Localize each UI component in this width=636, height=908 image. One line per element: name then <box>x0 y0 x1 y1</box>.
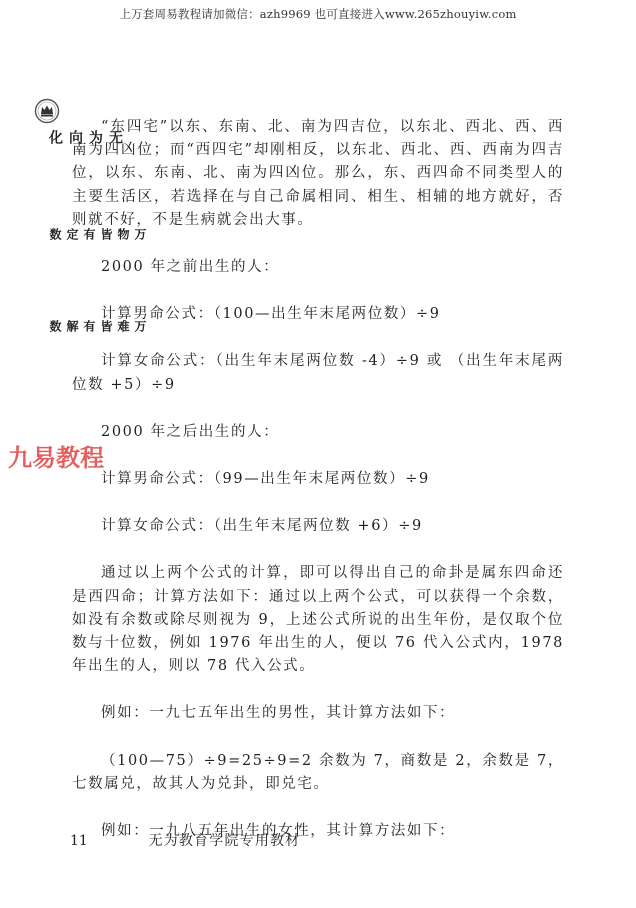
formula-male-before-2000: 计算男命公式：（100—出生年末尾两位数）÷9 <box>72 303 564 326</box>
formula-male-after-2000: 计算男命公式：（99—出生年末尾两位数）÷9 <box>72 468 564 491</box>
heading-before-2000: 2000 年之前出生的人： <box>72 256 564 279</box>
watermark-logo: 九易教程 <box>8 438 104 473</box>
example-male-calculation: （100—75）÷9=25÷9=2 余数为 7，商数是 2，余数是 7，七数属兑… <box>72 750 564 796</box>
page-footer: 11 无为教育学院专用教材 <box>70 830 300 850</box>
formula-female-after-2000: 计算女命公式：（出生年末尾两位数 +6）÷9 <box>72 515 564 538</box>
formula-female-before-2000: 计算女命公式：（出生年末尾两位数 -4）÷9 或 （出生年末尾两位数 +5）÷9 <box>72 350 564 396</box>
paragraph-intro: “东四宅”以东、东南、北、南为四吉位，以东北、西北、西、西南为四凶位；而“西四宅… <box>72 116 564 232</box>
heading-after-2000: 2000 年之后出生的人： <box>72 421 564 444</box>
paragraph-explanation: 通过以上两个公式的计算，即可以得出自己的命卦是属东四命还是西四命；计算方法如下：… <box>72 562 564 678</box>
top-banner: 上万套周易教程请加微信：azh9969 也可直接进入www.265zhouyiw… <box>0 6 636 22</box>
example-male-heading: 例如：一九七五年出生的男性，其计算方法如下： <box>72 702 564 725</box>
crown-emblem-icon <box>34 98 60 124</box>
footer-label: 无为教育学院专用教材 <box>148 833 300 849</box>
document-body: “东四宅”以东、东南、北、南为四吉位，以东北、西北、西、西南为四凶位；而“西四宅… <box>72 116 564 843</box>
page-number: 11 <box>70 833 144 849</box>
